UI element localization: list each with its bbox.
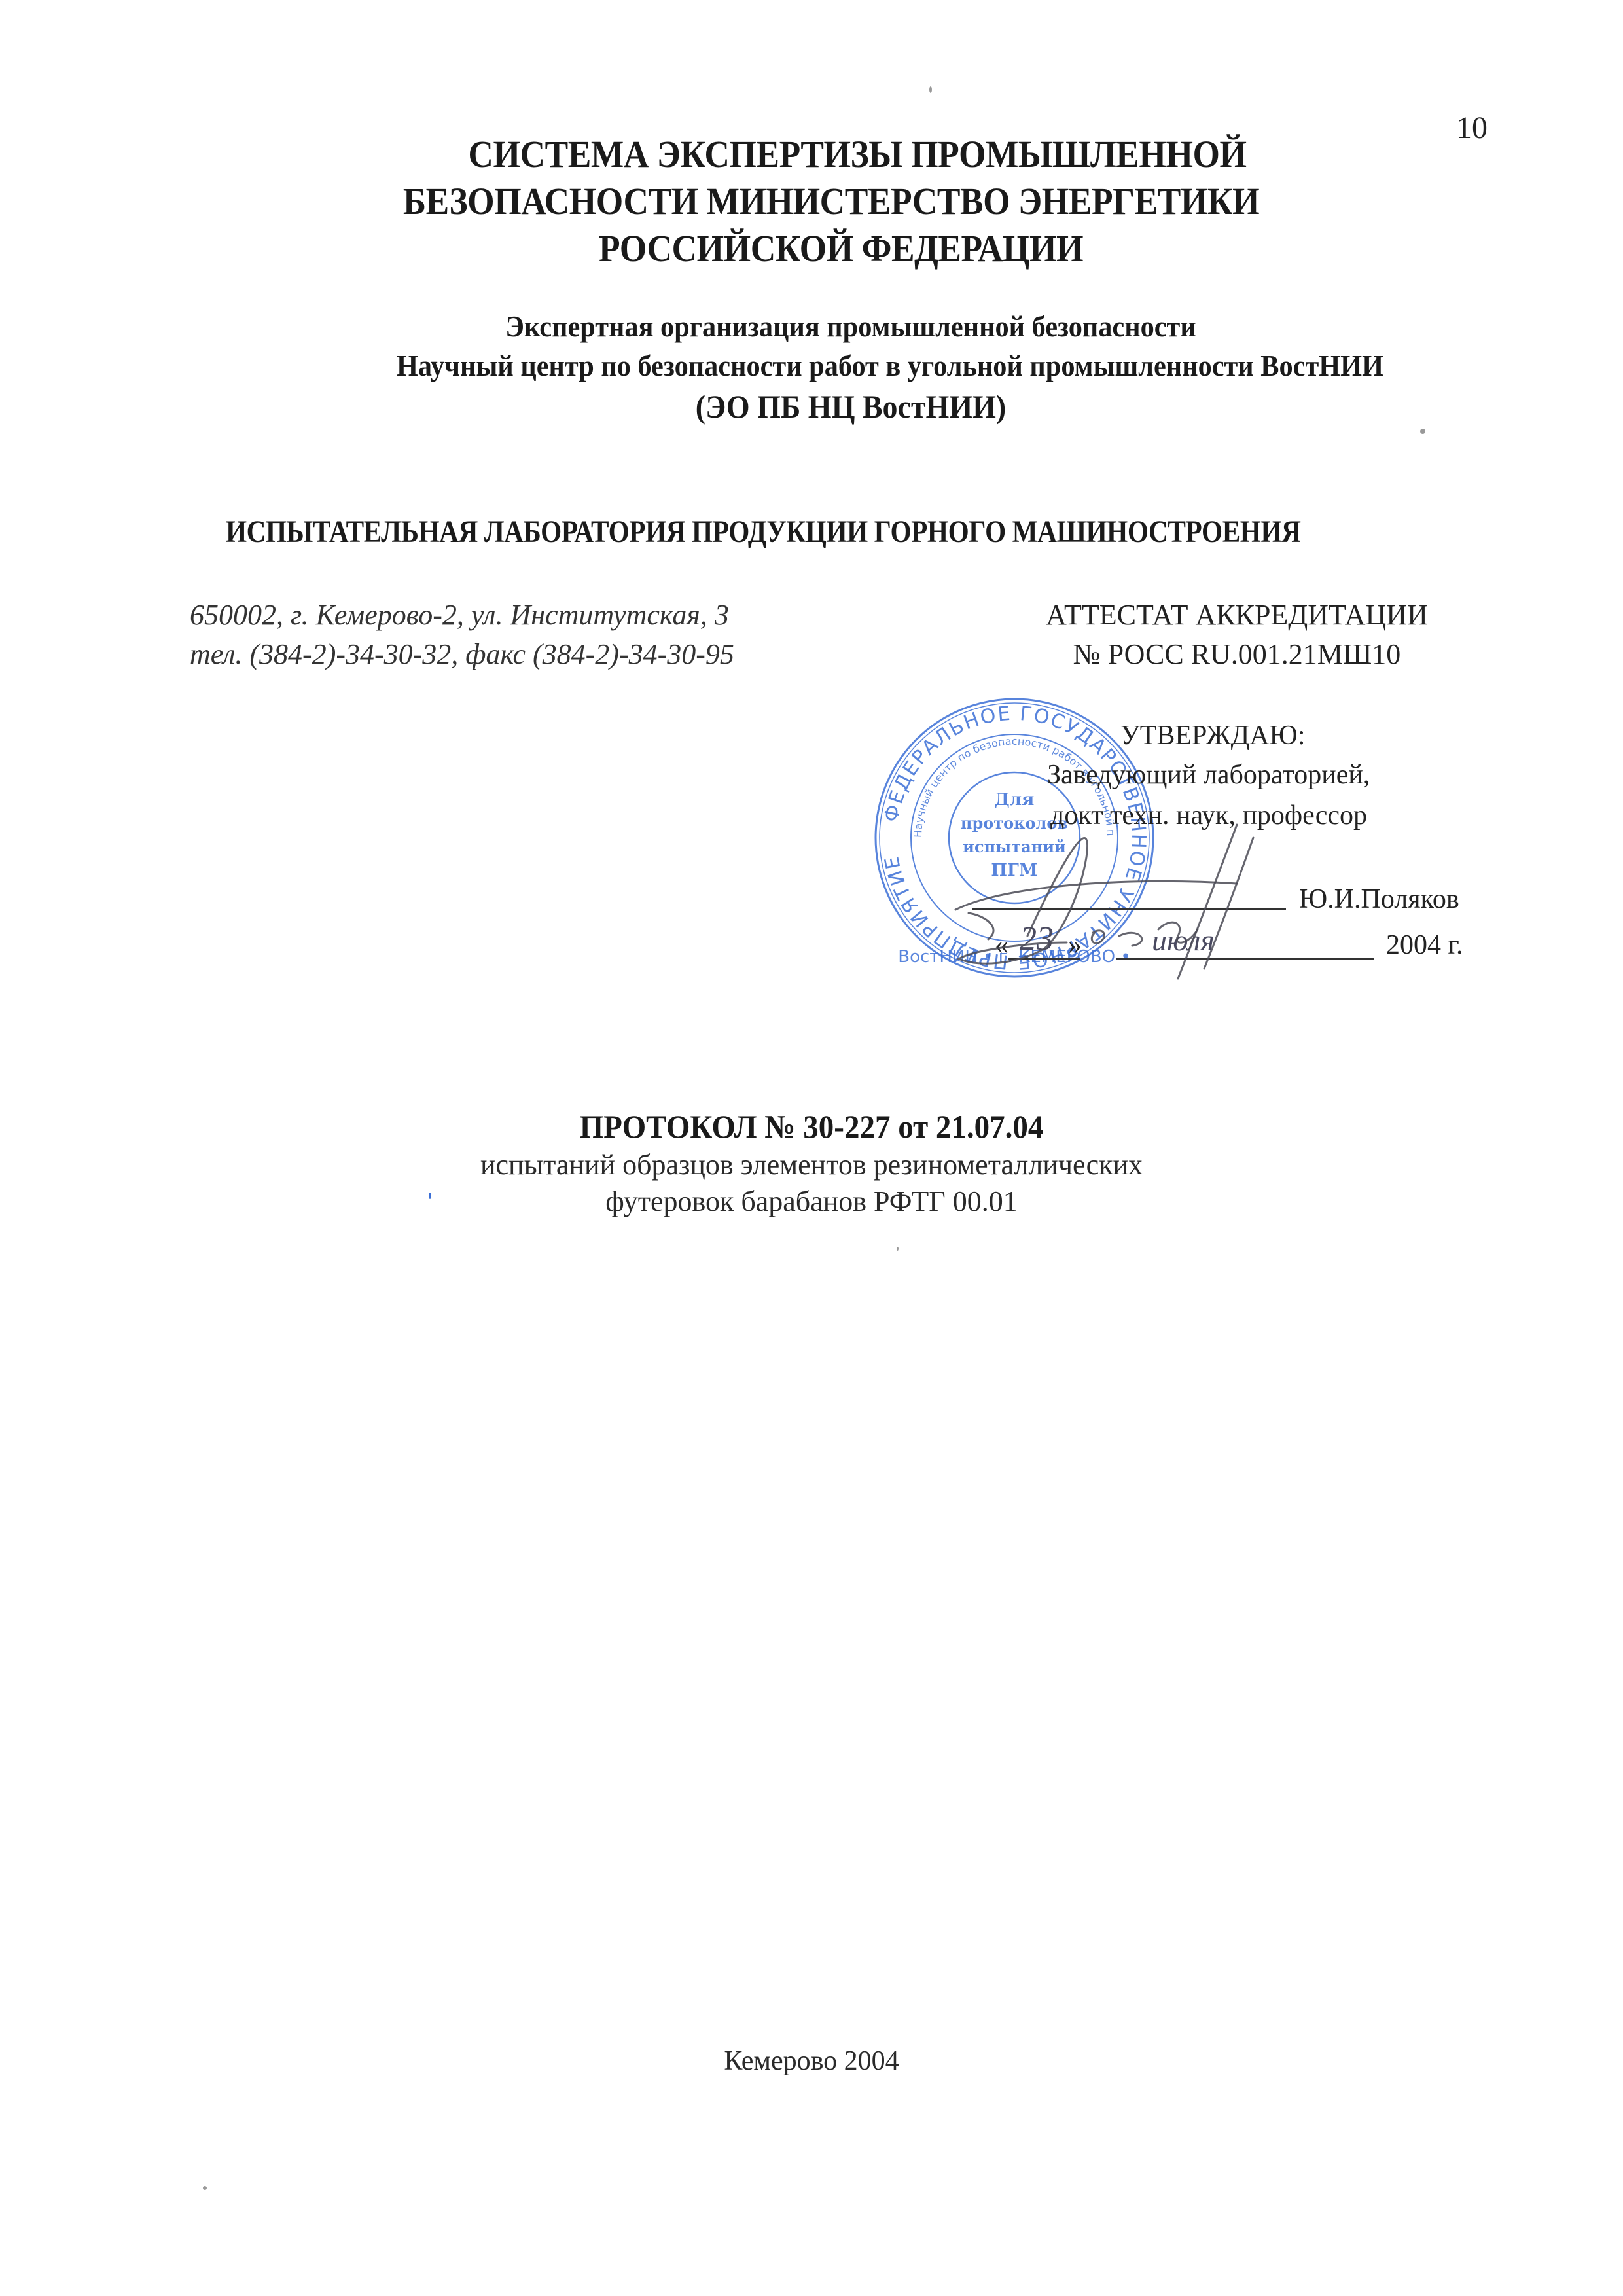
lab-title: ИСПЫТАТЕЛЬНАЯ ЛАБОРАТОРИЯ ПРОДУКЦИИ ГОРН… — [226, 514, 1329, 550]
approval-year: 2004 г. — [1386, 929, 1463, 961]
phone-fax: тел. (384-2)-34-30-32, факс (384-2)-34-3… — [190, 635, 734, 674]
scan-speck — [897, 1247, 899, 1251]
expert-org-line-1: Экспертная организация промышленной безо… — [140, 308, 1561, 346]
accreditation-title: АТТЕСТАТ АККРЕДИТАЦИИ — [969, 596, 1505, 635]
handwritten-signature — [929, 785, 1296, 982]
scan-speck — [429, 1193, 431, 1199]
system-title-line-2: БЕЗОПАСНОСТИ МИНИСТЕРСТВО ЭНЕРГЕТИКИ — [103, 178, 1560, 225]
expert-org-line-2: Научный центр по безопасности работ в уг… — [288, 347, 1492, 385]
protocol-subtitle-line-1: испытаний образцов элементов резинометал… — [0, 1147, 1623, 1183]
accreditation-block: АТТЕСТАТ АККРЕДИТАЦИИ № РОСС RU.001.21МШ… — [969, 596, 1505, 674]
scan-speck — [1420, 429, 1425, 434]
approval-heading: УТВЕРЖДАЮ: — [1120, 720, 1305, 751]
protocol-subtitle-line-2: футеровок барабанов РФТГ 00.01 — [0, 1183, 1623, 1220]
scan-speck — [203, 2186, 207, 2190]
scan-speck — [929, 86, 932, 93]
accreditation-number: № РОСС RU.001.21МШ10 — [969, 635, 1505, 674]
expert-org-abbreviation: (ЭО ПБ НЦ ВостНИИ) — [140, 387, 1561, 425]
approver-name: Ю.И.Поляков — [1299, 884, 1459, 915]
system-title-line-1: СИСТЕМА ЭКСПЕРТИЗЫ ПРОМЫШЛЕННОЙ — [153, 131, 1562, 178]
protocol-title: ПРОТОКОЛ № 30-227 от 21.07.04 — [48, 1106, 1574, 1147]
contact-block: 650002, г. Кемерово-2, ул. Институтская,… — [190, 596, 734, 674]
address: 650002, г. Кемерово-2, ул. Институтская,… — [190, 596, 734, 635]
city-year: Кемерово 2004 — [0, 2045, 1623, 2077]
system-title-line-3: РОССИЙСКОЙ ФЕДЕРАЦИИ — [122, 225, 1561, 272]
